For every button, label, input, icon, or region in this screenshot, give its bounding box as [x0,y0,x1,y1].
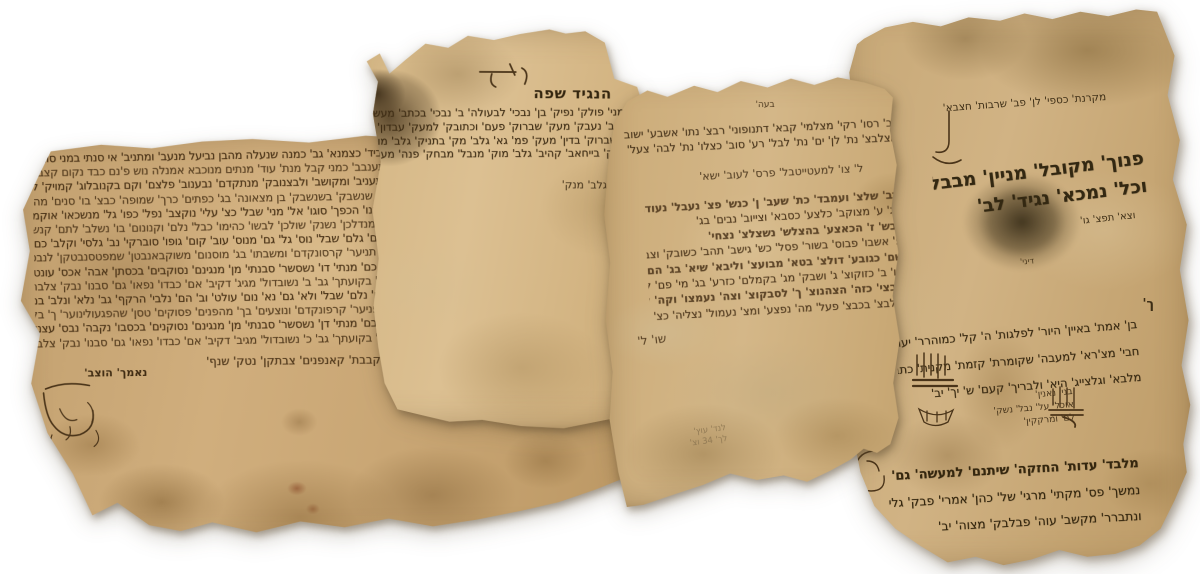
fragment-3-faint-note: לנד' עוץ'לך' 34 וצ' [636,423,728,456]
fragment-3-tail-mark: שו' ל' [637,331,667,348]
manuscript-fragment-3: בעה' וב' רסו' רקי' מצלמי' קבא' דתנופוני'… [600,69,937,507]
signature-flourish-icon [39,382,126,457]
manuscripts-photo: כעביד' כצמנא' גב' כמנה שנעלה מהבן נביעל … [0,0,1200,574]
fragment-3-paper: בעה' וב' רסו' רקי' מצלמי' קבא' דתנופוני'… [600,69,937,507]
fragment-3-center-line: ל' צו' למעטייטבל' פרס' לעוב' ישא' [699,162,864,183]
tower-flourish-2-icon [1045,381,1089,427]
fragment-4-margin-mark: ך' [1143,297,1155,312]
fragment-3-text-block-2: תב' שלצ' ועמבד' כת' שעב' ן' כנש' פצ' נעב… [644,187,906,324]
fragment-4-tiny-note: דיני' [1019,256,1034,267]
fragment-4-after-blot-line: וצא' תפצ' גו' [1080,210,1136,227]
fragment-1-signature: נאמך' הוצב' [37,366,147,380]
pen-trial-mark-icon [478,60,536,90]
fragment-3-text-block-1: וב' רסו' רקי' מצלמי' קבא' דתנופוני' רבצ'… [623,115,896,158]
fragment-3-opening-mark: בעה' [755,100,774,110]
